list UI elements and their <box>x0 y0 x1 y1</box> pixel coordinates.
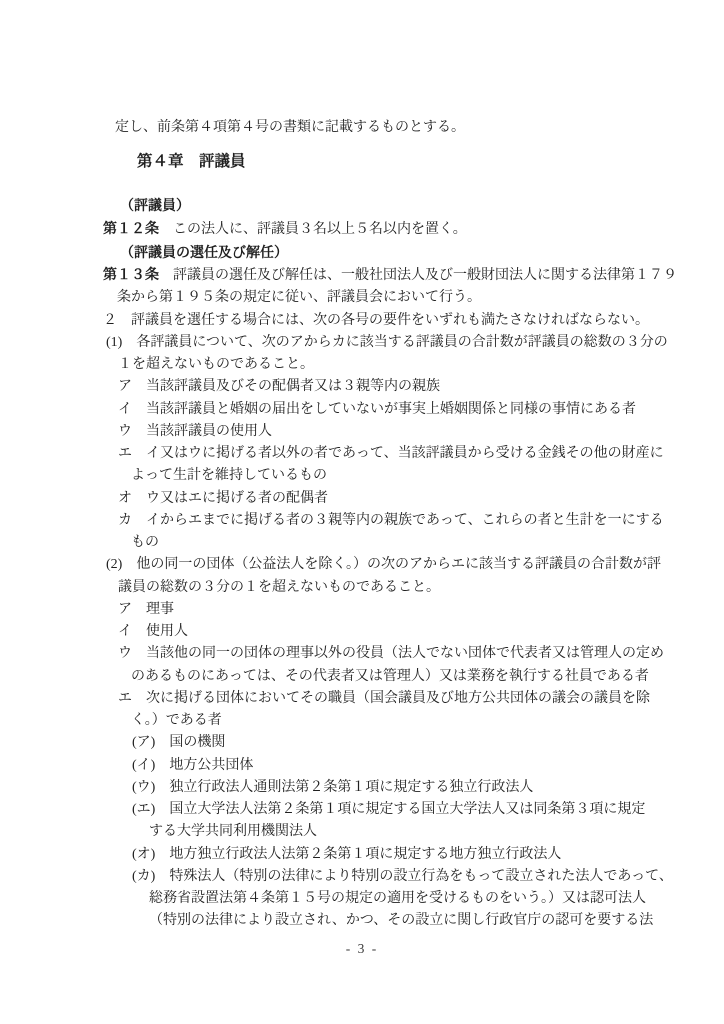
article-number-label: 第１３条 <box>103 266 159 282</box>
document-body: 定し、前条第４項第４号の書類に記載するものとする。第４章 評議員（評議員）第１２… <box>103 117 708 933</box>
page-number: - 3 - <box>0 941 724 957</box>
paragraph-item-kata: ウ 当該評議員の使用人 <box>103 421 708 443</box>
paragraph-item-num: (1) 各評議員について、次のアからカに該当する評議員の合計数が評議員の総数の３… <box>103 332 708 377</box>
paragraph-clause: ２ 評議員を選任する場合には、次の各号の要件をいずれも満たさなければならない。 <box>103 310 708 332</box>
paragraph-item-paren: (ウ) 独立行政法人通則法第２条第１項に規定する独立行政法人 <box>103 777 708 799</box>
paragraph-section-label: （評議員） <box>103 194 708 216</box>
article-number-label: 第１２条 <box>103 220 159 236</box>
paragraph-item-kata: ア 理事 <box>103 599 708 621</box>
paragraph-item-kata: イ 使用人 <box>103 621 708 643</box>
paragraph-item-kata: エ 次に掲げる団体においてその職員（国会議員及び地方公共団体の議会の議員を除 く… <box>103 688 708 733</box>
paragraph-item-num: (2) 他の同一の団体（公益法人を除く。）の次のアからエに該当する評議員の合計数… <box>103 554 708 599</box>
paragraph-item-paren: (エ) 国立大学法人法第２条第１項に規定する国立大学法人又は同条第３項に規定 す… <box>103 799 708 844</box>
paragraph-item-kata: ウ 当該他の同一の団体の理事以外の役員（法人でない団体で代表者又は管理人の定め … <box>103 643 708 688</box>
paragraph-item-kata: カ イからエまでに掲げる者の３親等内の親族であって、これらの者と生計を一にする … <box>103 510 708 555</box>
paragraph-item-kata: エ イ又はウに掲げる者以外の者であって、当該評議員から受ける金銭その他の財産に … <box>103 443 708 488</box>
paragraph-item-paren: (カ) 特殊法人（特別の法律により特別の設立行為をもって設立された法人であって、… <box>103 866 708 933</box>
paragraph-item-paren: (オ) 地方独立行政法人法第２条第１項に規定する地方独立行政法人 <box>103 844 708 866</box>
paragraph-chapter-heading: 第４章 評議員 <box>103 150 708 174</box>
paragraph-item-paren: (イ) 地方公共団体 <box>103 755 708 777</box>
paragraph-continuation: 定し、前条第４項第４号の書類に記載するものとする。 <box>103 117 708 139</box>
paragraph-item-kata: イ 当該評議員と婚姻の届出をしていないが事実上婚姻関係と同様の事情にある者 <box>103 399 708 421</box>
paragraph-item-paren: (ア) 国の機関 <box>103 732 708 754</box>
paragraph-item-kata: ア 当該評議員及びその配偶者又は３親等内の親族 <box>103 376 708 398</box>
document-page: 定し、前条第４項第４号の書類に記載するものとする。第４章 評議員（評議員）第１２… <box>0 0 724 1024</box>
paragraph-item-kata: オ ウ又はエに掲げる者の配偶者 <box>103 488 708 510</box>
paragraph-article: 第１２条 この法人に、評議員３名以上５名以内を置く。 <box>103 217 708 241</box>
paragraph-article: 第１３条 評議員の選任及び解任は、一般社団法人及び一般財団法人に関する法律第１７… <box>103 263 708 310</box>
paragraph-section-label: （評議員の選任及び解任） <box>103 241 708 263</box>
